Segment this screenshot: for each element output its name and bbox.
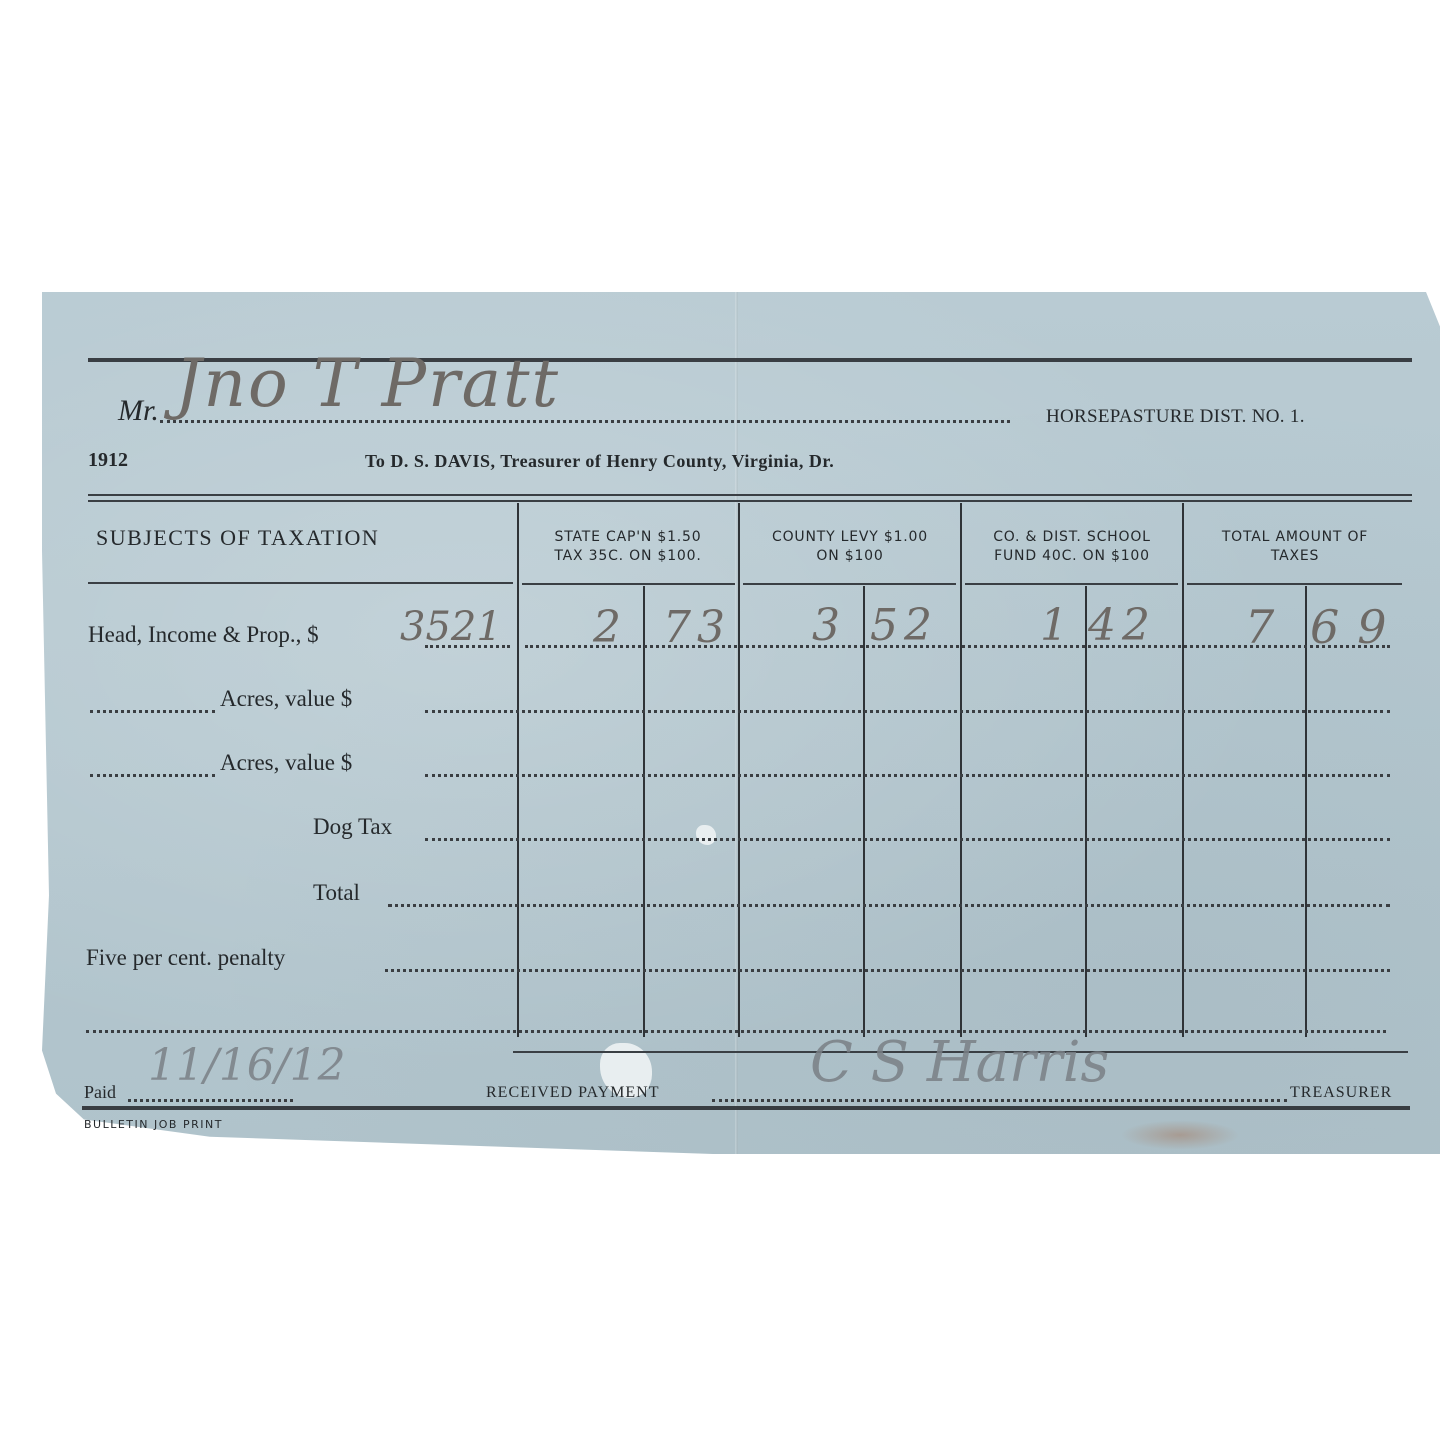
printer-imprint: BULLETIN JOB PRINT [84, 1118, 223, 1131]
column-header-line: COUNTY LEVY $1.00 [739, 528, 961, 547]
state-tax-cents: 73 [663, 602, 731, 653]
column-divider [1182, 503, 1184, 1037]
row-dots [86, 1030, 1386, 1033]
column-header-line: TAX 35C. ON $100. [518, 547, 738, 566]
paid-date-handwritten: 11/16/12 [148, 1040, 346, 1091]
total-taxes-dollars: 7 [1245, 600, 1274, 654]
school-fund-dollars: 1 [1040, 600, 1068, 651]
school-fund-cents: 42 [1088, 600, 1156, 651]
row-label-total: Total [313, 880, 360, 906]
column-header-line: STATE CAP'N $1.50 [518, 528, 738, 547]
received-payment-label: RECEIVED PAYMENT [486, 1084, 660, 1102]
row-label-dog-tax: Dog Tax [313, 814, 392, 840]
column-header-state-tax: STATE CAP'N $1.50 TAX 35C. ON $100. [518, 528, 738, 566]
header-rule [88, 500, 1412, 502]
mr-label: Mr. [118, 394, 159, 428]
county-levy-dollars: 3 [812, 600, 840, 651]
row-label-acres: Acres, value $ [220, 750, 352, 776]
row-dots [425, 710, 1390, 713]
column-header-county-levy: COUNTY LEVY $1.00 ON $100 [739, 528, 961, 566]
year-label: 1912 [88, 449, 128, 472]
column-header-line: TAXES [1184, 547, 1406, 566]
row-dots [90, 774, 215, 777]
row-dots [425, 774, 1390, 777]
header-rule [88, 494, 1412, 496]
paid-label: Paid [84, 1082, 116, 1103]
assessed-value-handwritten: 3521 [400, 604, 502, 650]
column-divider [738, 503, 740, 1037]
row-label-head-income-prop: Head, Income & Prop., $ [88, 622, 319, 648]
rust-stain [1120, 1120, 1240, 1150]
column-divider [517, 503, 519, 1037]
row-dots [90, 710, 215, 713]
total-underline [1187, 583, 1402, 585]
row-label-acres: Acres, value $ [220, 686, 352, 712]
county-levy-cents: 52 [870, 600, 938, 651]
column-divider [960, 503, 962, 1037]
row-dots [388, 904, 1390, 907]
signature-line [712, 1099, 1287, 1102]
column-header-line: TOTAL AMOUNT OF [1184, 528, 1406, 547]
column-header-school-fund: CO. & DIST. SCHOOL FUND 40C. ON $100 [961, 528, 1183, 566]
column-header-line: CO. & DIST. SCHOOL [961, 528, 1183, 547]
column-header-line: FUND 40C. ON $100 [961, 547, 1183, 566]
school-underline [965, 583, 1178, 585]
county-underline [743, 583, 956, 585]
subjects-header: SUBJECTS OF TAXATION [96, 525, 379, 551]
bottom-rule [82, 1106, 1410, 1110]
subjects-underline [88, 582, 513, 584]
treasurer-label: TREASURER [1290, 1084, 1392, 1102]
column-header-line: ON $100 [739, 547, 961, 566]
payer-name-handwritten: Jno T Pratt [175, 345, 560, 422]
row-dots [425, 838, 1390, 841]
column-header-total-taxes: TOTAL AMOUNT OF TAXES [1184, 528, 1406, 566]
district-label: HORSEPASTURE DIST. NO. 1. [1046, 406, 1305, 428]
state-tax-dollars: 2 [593, 602, 621, 653]
row-label-penalty: Five per cent. penalty [86, 945, 285, 971]
paid-date-line [128, 1099, 293, 1102]
state-underline [522, 583, 735, 585]
paper-hole [696, 825, 716, 845]
treasurer-signature-handwritten: C S Harris [810, 1030, 1109, 1095]
row-dots [385, 969, 1390, 972]
total-taxes-cents: 69 [1310, 600, 1405, 654]
treasurer-line: To D. S. DAVIS, Treasurer of Henry Count… [365, 451, 834, 472]
